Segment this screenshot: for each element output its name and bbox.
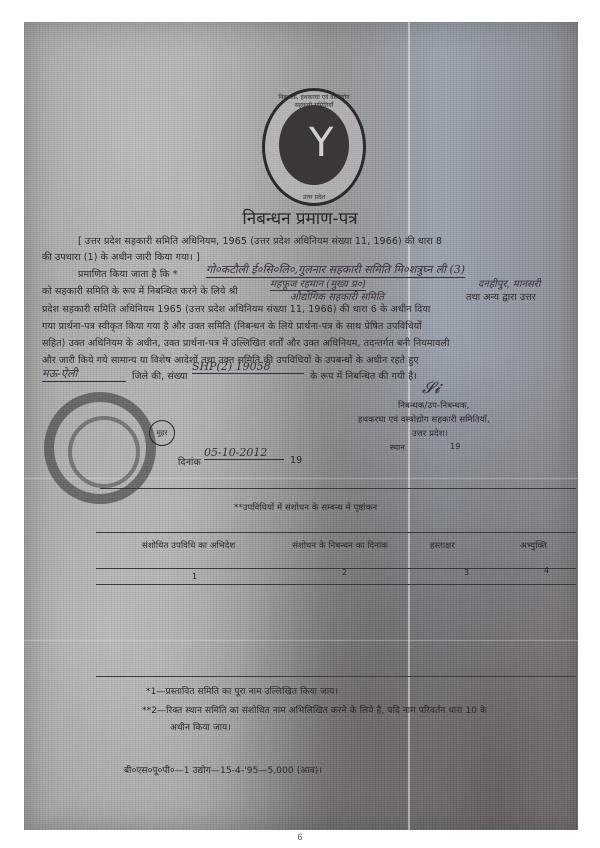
signatory-department: हथकरघा एवं वस्त्रोद्योग सहकारी समितियाँ, (358, 414, 490, 425)
preamble-line-1: [ उत्तर प्रदेश सहकारी समिति अधिनियम, 196… (78, 234, 442, 247)
body-line-2-suffix: तथा अन्य द्वारा उत्तर (466, 290, 536, 303)
page-number: 6 (0, 832, 600, 842)
government-seal: निबन्धक, हथकरघा एवं वस्त्रोद्योग सहकारी … (262, 88, 366, 206)
column-number-4: 4 (544, 566, 549, 575)
place-label: स्थान (390, 442, 405, 453)
column-header-amended-bylaw: संशोधित उपविधि का अभिदेश (142, 540, 235, 551)
column-number-2: 2 (342, 568, 347, 577)
column-header-amendment-date: संशोधन के निबन्धन का दिनांक (292, 540, 388, 551)
body-line-7-suffix: के रूप में निबन्धित की गयी है। (310, 369, 417, 382)
body-line-2: को सहकारी समिति के रूप में निबन्धित करने… (42, 284, 238, 297)
seal-label-circle: मुहर (149, 420, 175, 446)
state-emblem-icon: Y (279, 105, 349, 185)
signature-mark: 𝓢𝓲 (422, 378, 440, 398)
registration-number-handwritten: SHP(2) 19058 (192, 360, 304, 374)
date-label: दिनांक (178, 455, 201, 468)
applicant-line2-handwritten: औद्योगिक सहकारी समिति (290, 289, 384, 303)
district-label: जिले की, संख्या (132, 369, 188, 382)
date-handwritten: 05-10-2012 (204, 446, 284, 460)
column-number-3: 3 (464, 568, 469, 577)
footnote-2-line-1: **2—रिक्त स्थान समिति का संशोधित नाम अभि… (142, 703, 487, 716)
table-rule-bottom (96, 676, 576, 677)
district-handwritten: मऊ-ऐली (42, 366, 126, 382)
column-header-signature: हस्ताक्षर (430, 540, 455, 551)
body-line-4: गया प्रार्थना-पत्र स्वीकृत किया गया है औ… (42, 319, 422, 332)
body-line-1-prefix: प्रमाणित किया जाता है कि * (78, 267, 178, 280)
seal-text-bottom: उत्तर प्रदेश (271, 193, 357, 201)
certificate-title: निबन्धन प्रमाण-पत्र (0, 206, 600, 229)
emblem-bow-fish-icon: Y (309, 123, 333, 163)
column-number-1: 1 (192, 572, 197, 581)
stamp-emblem-icon (68, 416, 140, 488)
amendment-heading: **उपविधियों में संशोधन के सम्बन्ध में पृ… (234, 502, 377, 513)
footnote-2-line-2: अधीन किया जाय। (170, 720, 231, 733)
table-rule-top (100, 488, 576, 489)
column-header-remarks: अभ्युक्ति (520, 540, 547, 551)
signatory-designation: निबन्धक/उप-निबन्धक, (398, 400, 469, 411)
body-line-5: सहित) उक्त अधिनियम के अधीन, उक्त प्रार्थ… (42, 336, 450, 349)
place-year-suffix: 19 (450, 442, 460, 451)
signatory-state: उत्तर प्रदेश। (412, 428, 448, 439)
preamble-line-2: की उपधारा (1) के अधीन जारी किया गया। ] (42, 250, 200, 263)
footnote-1: *1—प्रस्तावित समिति का पूरा नाम उल्लिखित… (146, 684, 338, 697)
print-reference-line: बी०एस०पू०पी०—1 उद्योग—15-4-'95—5,000 (आव… (124, 763, 322, 776)
table-rule-header (96, 532, 576, 533)
table-rule-numbers (96, 568, 576, 569)
location-handwritten: दनहीपुर, मानसरी (478, 276, 540, 290)
table-rule-body (96, 584, 576, 585)
date-year-suffix: 19 (290, 455, 302, 466)
fold-line-horizontal (24, 640, 578, 641)
body-line-3: प्रदेश सहकारी समिति अधिनियम 1965 (उत्तर … (42, 302, 430, 315)
